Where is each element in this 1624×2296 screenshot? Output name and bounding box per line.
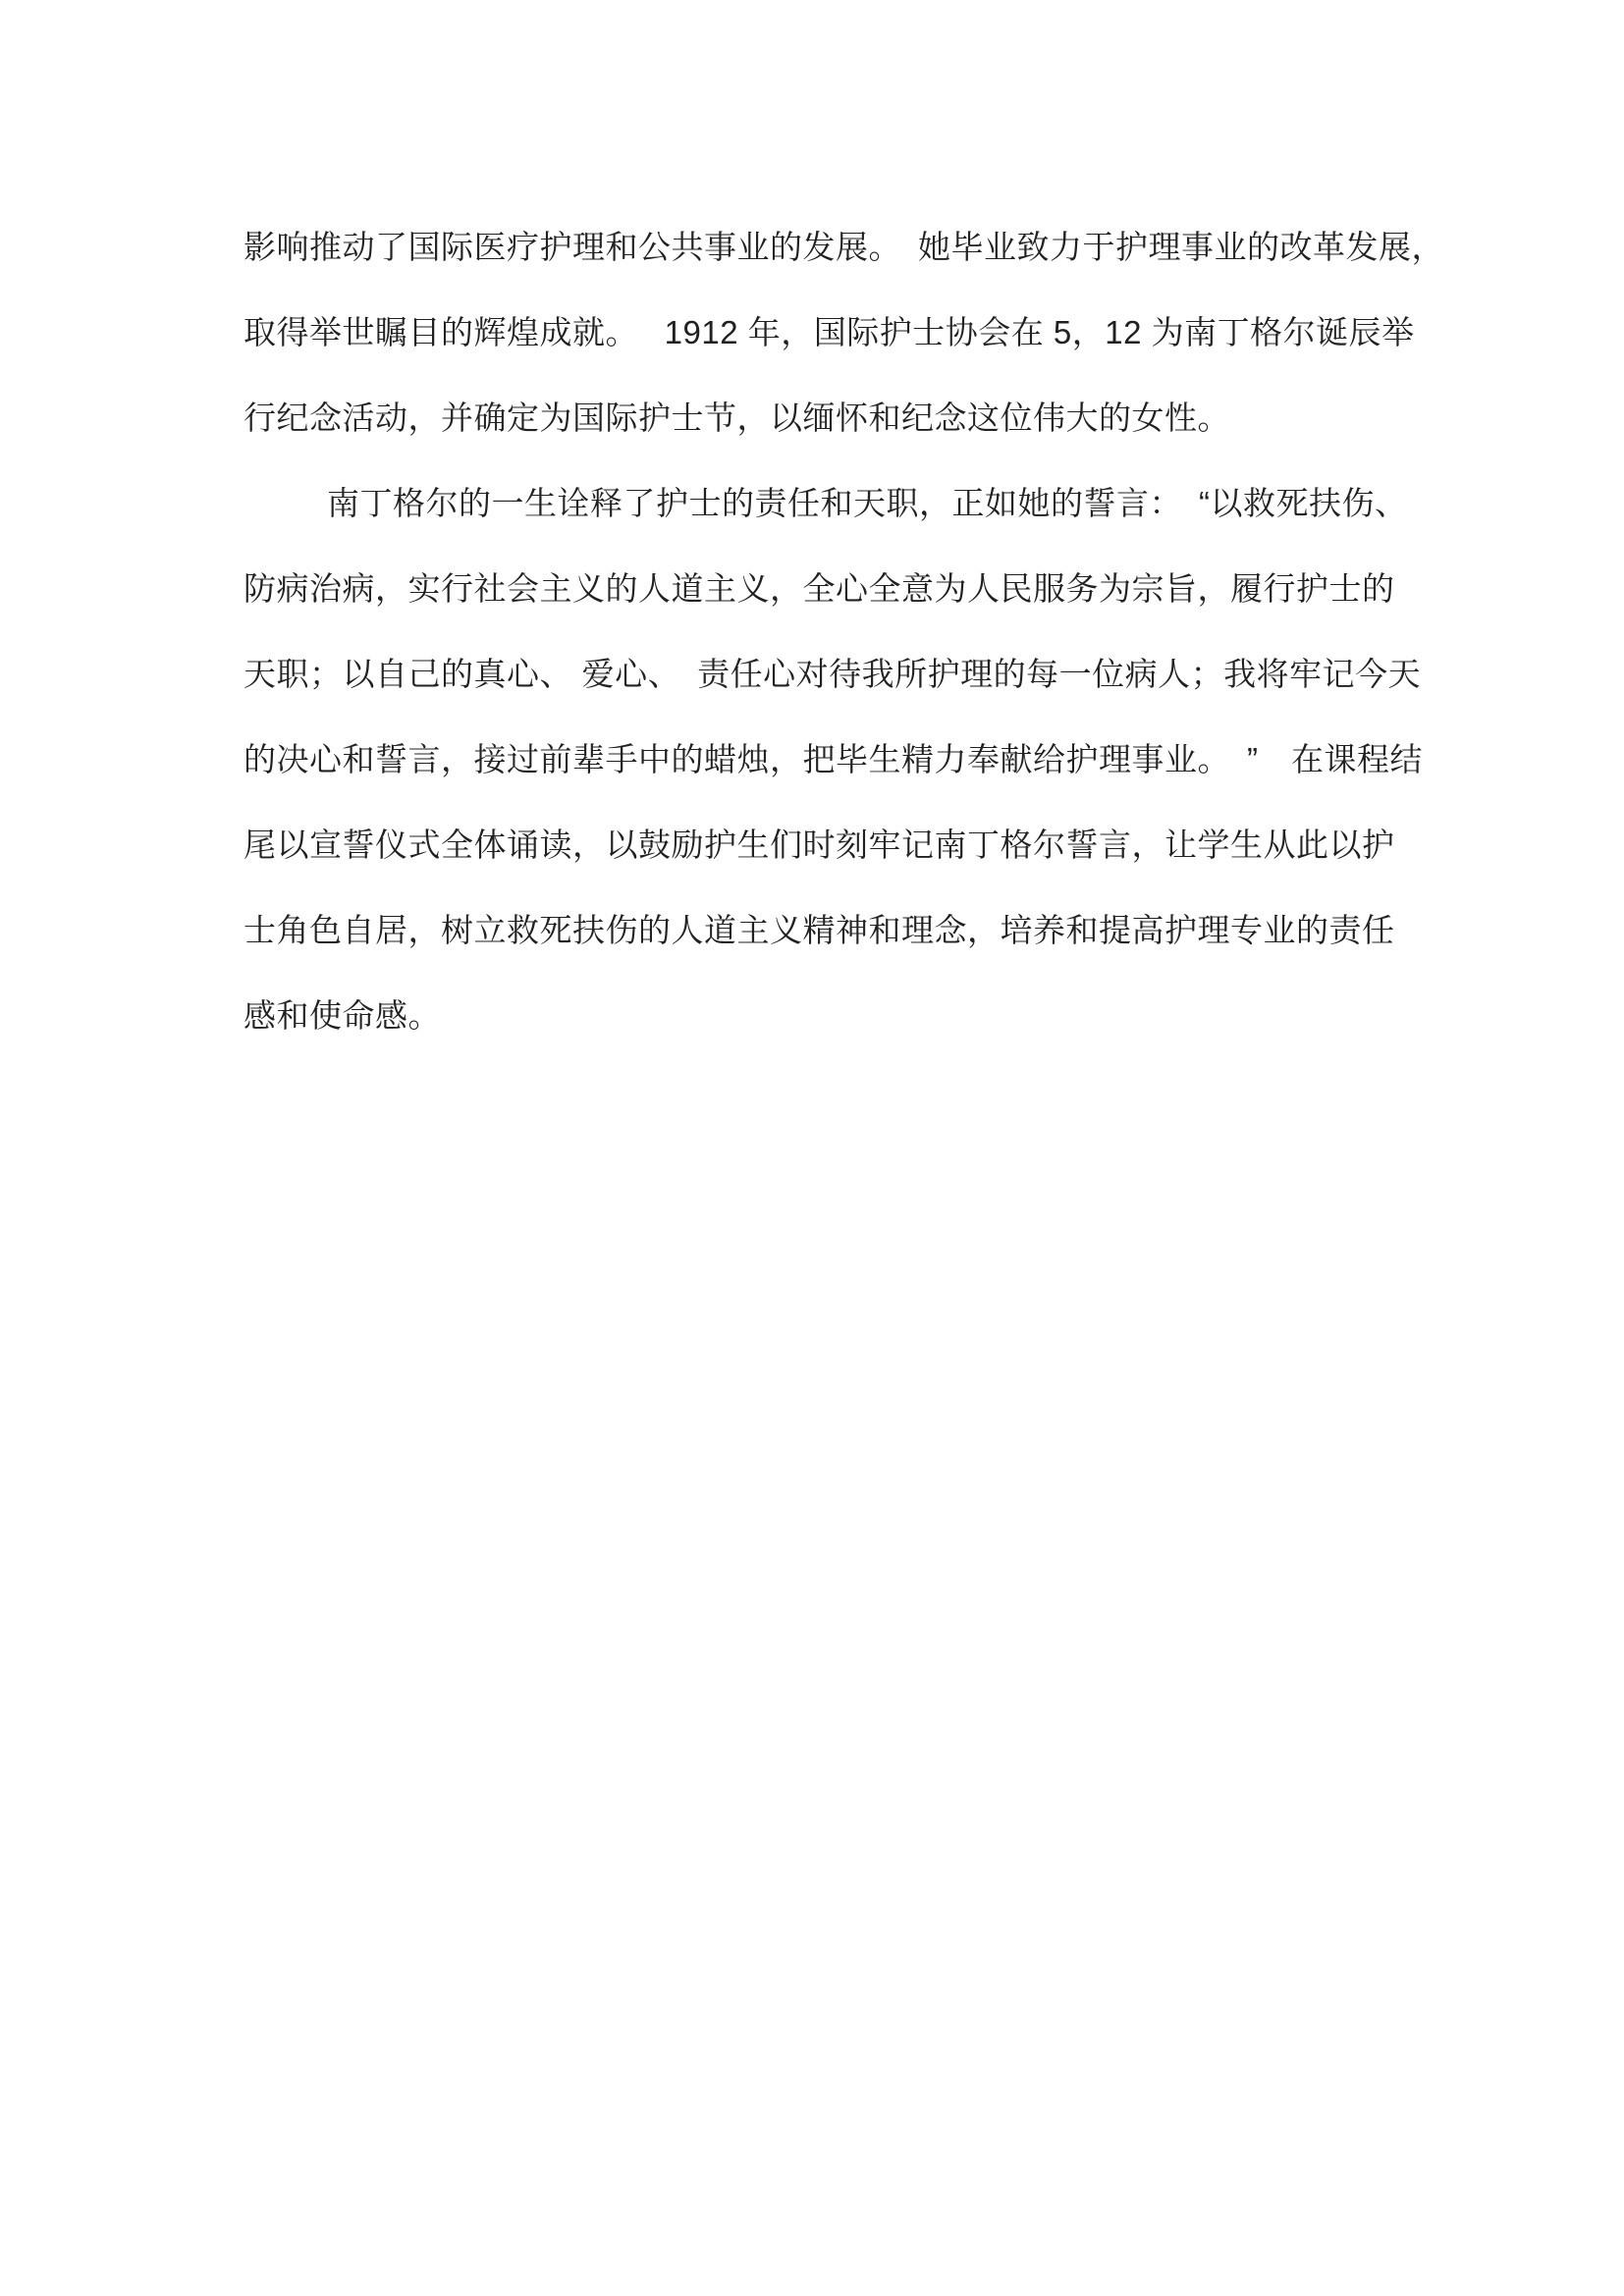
paragraph-1-line-3: 行纪念活动，并确定为国际护士节，以缅怀和纪念这位伟大的女性。	[244, 375, 1403, 460]
paragraph-2-line-3: 天职；以自己的真心、 爱心、 责任心对待我所护理的每一位病人；我将牢记今天	[244, 631, 1403, 717]
document-page: 影响推动了国际医疗护理和公共事业的发展。 她毕业致力于护理事业的改革发展， 取得…	[0, 0, 1624, 2296]
paragraph-2-line-5: 尾以宣誓仪式全体诵读，以鼓励护生们时刻牢记南丁格尔誓言，让学生从此以护	[244, 802, 1403, 887]
paragraph-2-line-4: 的决心和誓言，接过前辈手中的蜡烛，把毕生精力奉献给护理事业。 ” 在课程结	[244, 717, 1403, 802]
paragraph-2: 南丁格尔的一生诠释了护士的责任和天职，正如她的誓言： “以救死扶伤、 防病治病，…	[244, 460, 1403, 1058]
paragraph-2-line-1: 南丁格尔的一生诠释了护士的责任和天职，正如她的誓言： “以救死扶伤、	[244, 460, 1403, 546]
paragraph-2-line-7: 感和使命感。	[244, 973, 1403, 1058]
paragraph-1-line-2: 取得举世瞩目的辉煌成就。 1912 年，国际护士协会在 5，12 为南丁格尔诞辰…	[244, 290, 1403, 375]
paragraph-1: 影响推动了国际医疗护理和公共事业的发展。 她毕业致力于护理事业的改革发展， 取得…	[244, 204, 1403, 460]
paragraph-1-line-1: 影响推动了国际医疗护理和公共事业的发展。 她毕业致力于护理事业的改革发展，	[244, 204, 1403, 290]
paragraph-2-line-2: 防病治病，实行社会主义的人道主义，全心全意为人民服务为宗旨，履行护士的	[244, 546, 1403, 631]
paragraph-2-line-6: 士角色自居，树立救死扶伤的人道主义精神和理念，培养和提高护理专业的责任	[244, 887, 1403, 973]
